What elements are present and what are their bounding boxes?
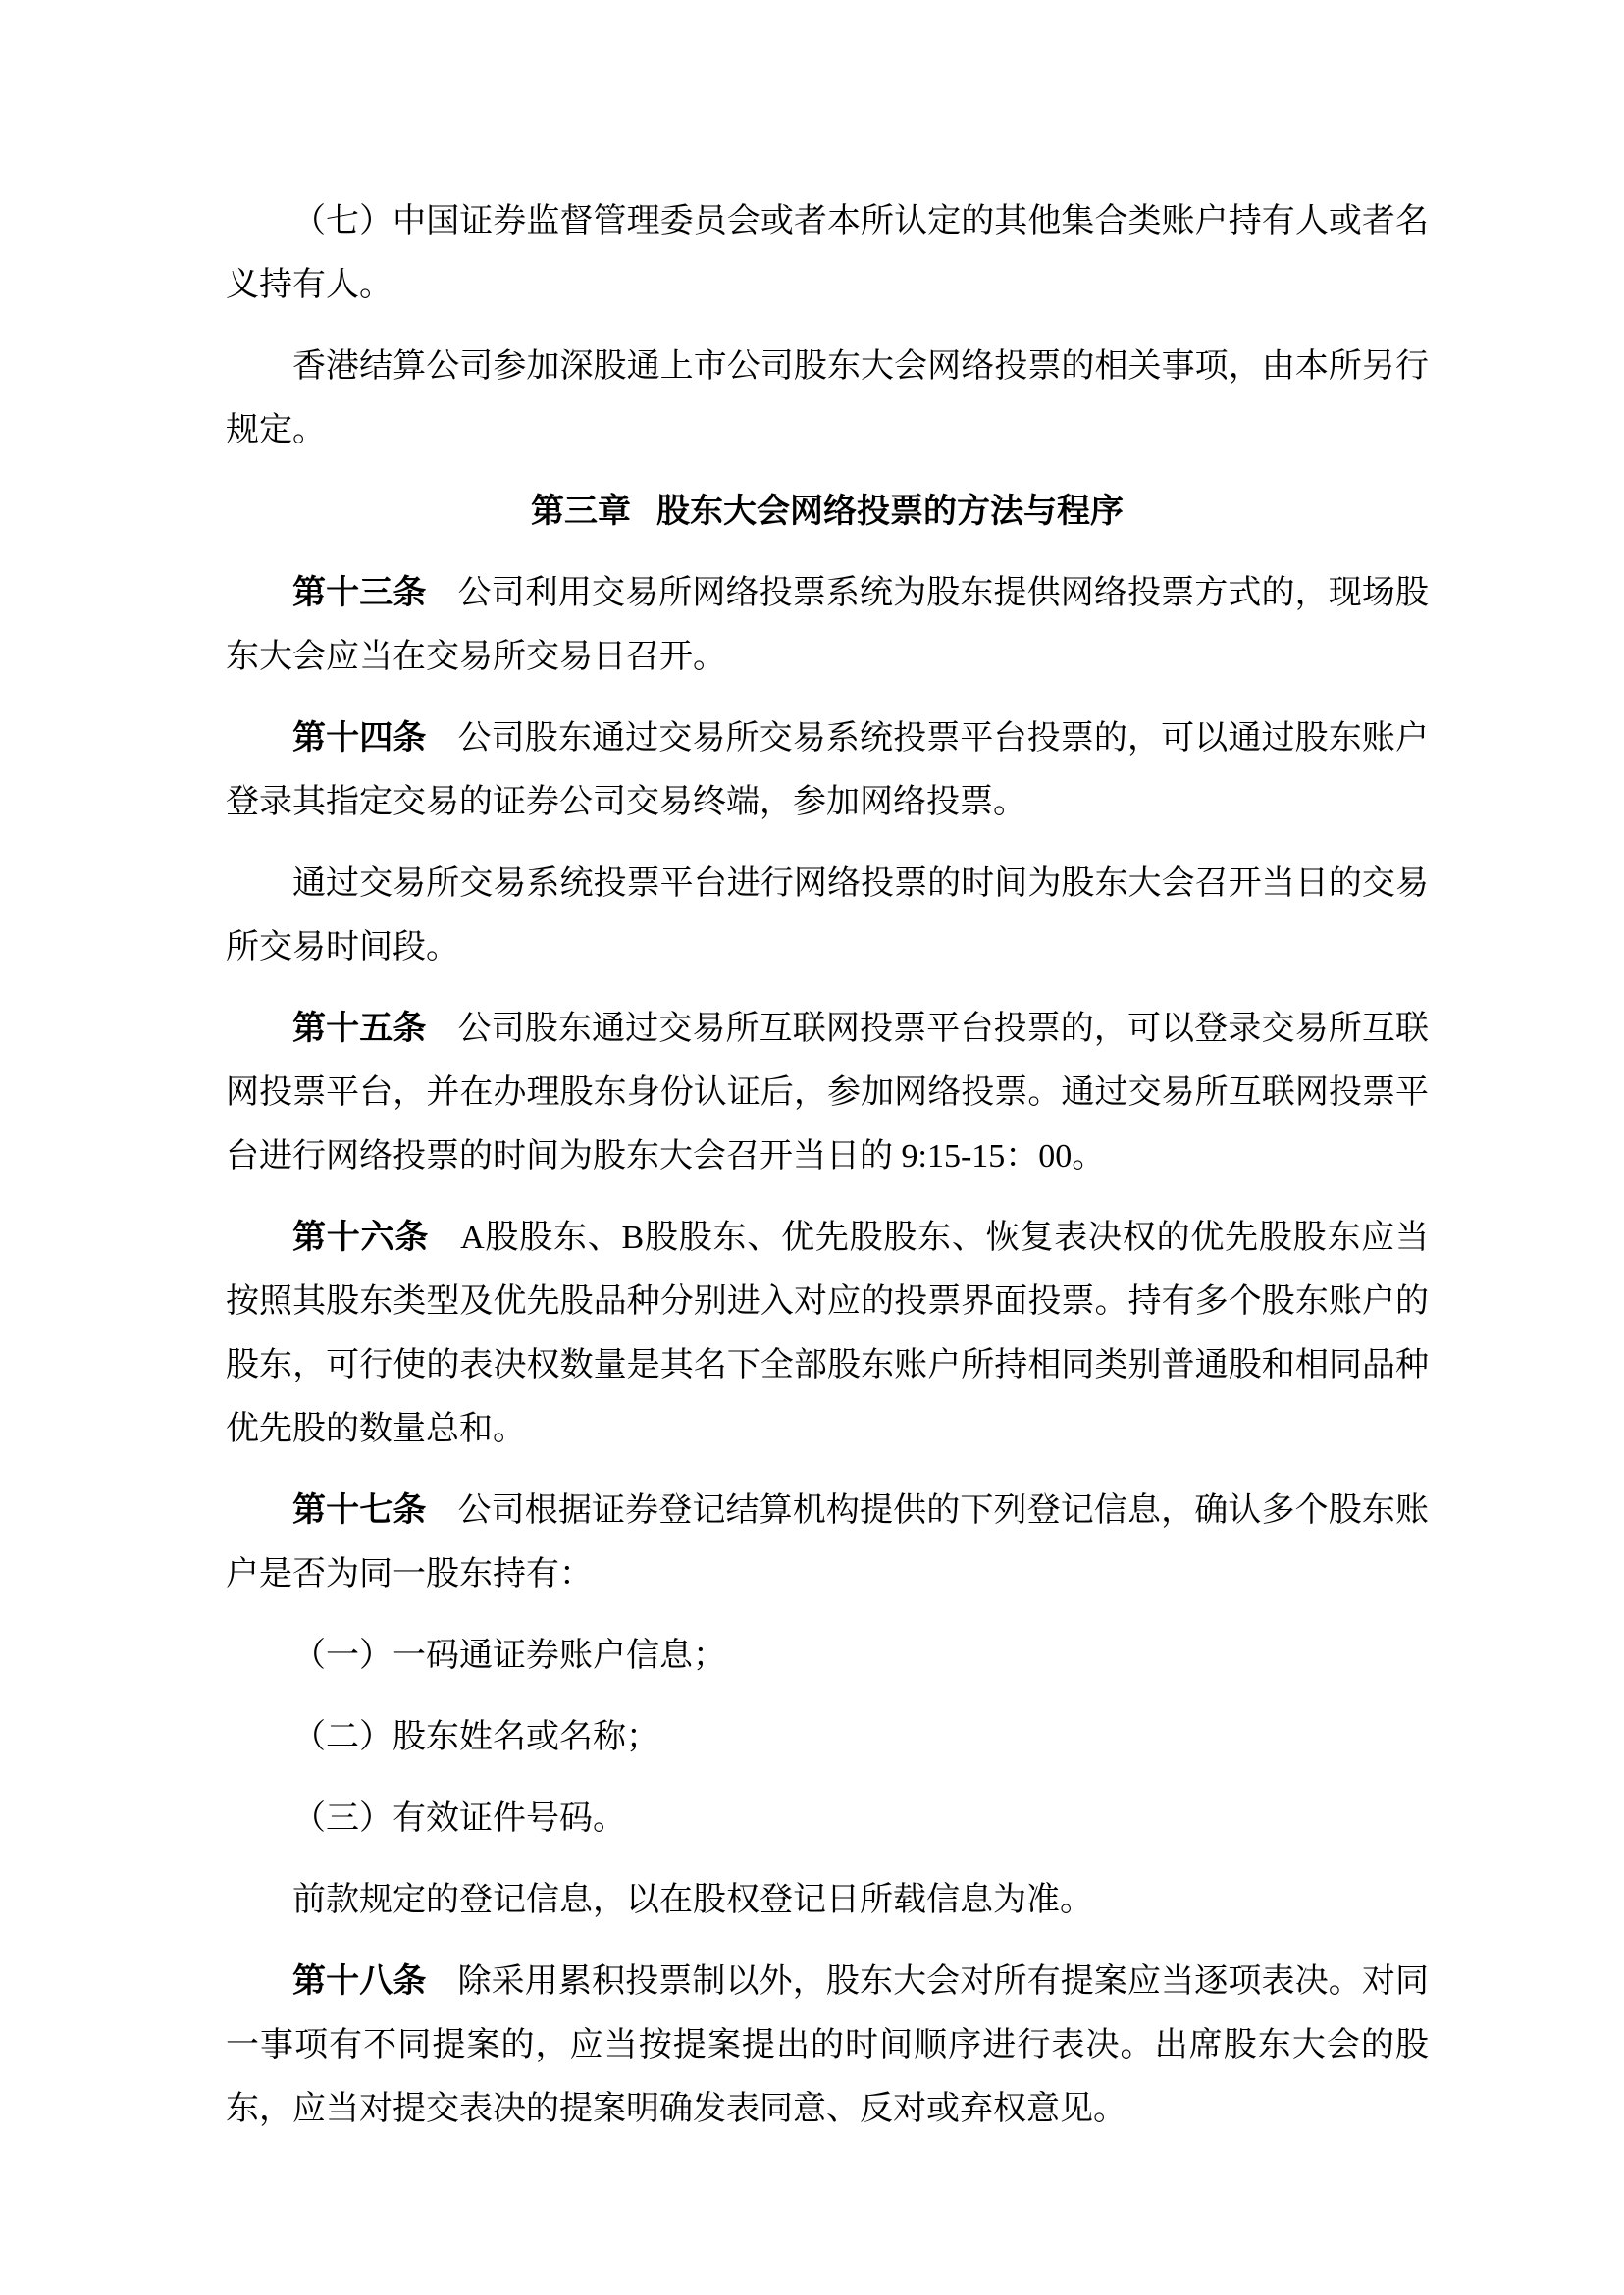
- document-page: （七）中国证券监督管理委员会或者本所认定的其他集合类账户持有人或者名义持有人。 …: [0, 0, 1624, 2295]
- article-number-label: 第十五条: [292, 1011, 427, 1047]
- chapter-3-heading: 第三章股东大会网络投票的方法与程序: [226, 480, 1429, 544]
- para-item-two: （二）股东姓名或名称；: [226, 1705, 1429, 1769]
- para-article-18: 第十八条除采用累积投票制以外，股东大会对所有提案应当逐项表决。对同一事项有不同提…: [226, 1950, 1429, 2141]
- document-body: （七）中国证券监督管理委员会或者本所认定的其他集合类账户持有人或者名义持有人。 …: [226, 172, 1429, 2159]
- article-number-label: 第十七条: [292, 1492, 427, 1529]
- article-number-label: 第十四条: [292, 720, 427, 756]
- paragraph-text: 香港结算公司参加深股通上市公司股东大会网络投票的相关事项，由本所另行规定。: [226, 348, 1429, 448]
- para-article-15: 第十五条公司股东通过交易所互联网投票平台投票的，可以登录交易所互联网投票平台，并…: [226, 997, 1429, 1188]
- paragraph-text: （二）股东姓名或名称；: [292, 1719, 659, 1755]
- para-article-17: 第十七条公司根据证券登记结算机构提供的下列登记信息，确认多个股东账户是否为同一股…: [226, 1479, 1429, 1606]
- paragraph-text: （一）一码通证券账户信息；: [292, 1638, 726, 1674]
- article-number-label: 第十三条: [292, 575, 427, 611]
- paragraph-text: 通过交易所交易系统投票平台进行网络投票的时间为股东大会召开当日的交易所交易时间段…: [226, 865, 1429, 965]
- para-article-13: 第十三条公司利用交易所网络投票系统为股东提供网络投票方式的，现场股东大会应当在交…: [226, 561, 1429, 689]
- chapter-title-text: 股东大会网络投票的方法与程序: [656, 494, 1124, 530]
- para-hk-clearing: 香港结算公司参加深股通上市公司股东大会网络投票的相关事项，由本所另行规定。: [226, 335, 1429, 462]
- para-registration-info: 前款规定的登记信息，以在股权登记日所载信息为准。: [226, 1868, 1429, 1932]
- para-item-one: （一）一码通证券账户信息；: [226, 1624, 1429, 1688]
- para-article-16: 第十六条A股股东、B股股东、优先股股东、恢复表决权的优先股股东应当按照其股东类型…: [226, 1206, 1429, 1461]
- paragraph-text: （三）有效证件号码。: [292, 1800, 626, 1837]
- para-item-seven: （七）中国证券监督管理委员会或者本所认定的其他集合类账户持有人或者名义持有人。: [226, 189, 1429, 317]
- paragraph-text: （七）中国证券监督管理委员会或者本所认定的其他集合类账户持有人或者名义持有人。: [226, 203, 1429, 303]
- article-number-label: 第十六条: [292, 1220, 429, 1256]
- para-item-three: （三）有效证件号码。: [226, 1787, 1429, 1851]
- para-article-14: 第十四条公司股东通过交易所交易系统投票平台投票的，可以通过股东账户登录其指定交易…: [226, 706, 1429, 834]
- chapter-number-label: 第三章: [531, 494, 631, 530]
- paragraph-text: 前款规定的登记信息，以在股权登记日所载信息为准。: [292, 1882, 1093, 1918]
- para-trading-system-time: 通过交易所交易系统投票平台进行网络投票的时间为股东大会召开当日的交易所交易时间段…: [226, 852, 1429, 979]
- article-number-label: 第十八条: [292, 1963, 427, 2000]
